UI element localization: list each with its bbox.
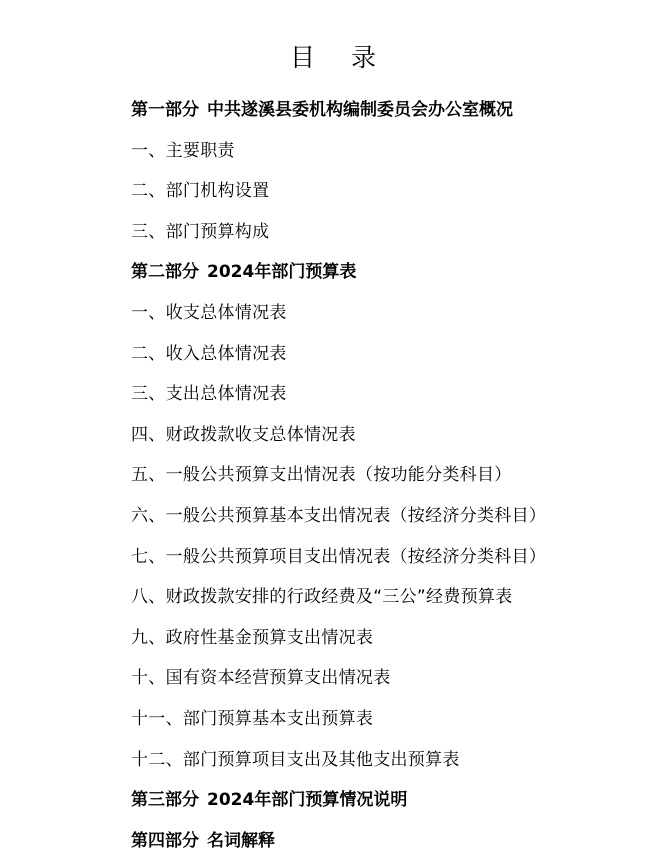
toc-item: 十、国有资本经营预算支出情况表 (131, 664, 546, 705)
part-title: 2024年部门预算表 (207, 262, 356, 282)
toc-item: 三、支出总体情况表 (131, 380, 546, 421)
toc-part-2: 第二部分2024年部门预算表 (131, 258, 546, 299)
toc-item: 十二、部门预算项目支出及其他支出预算表 (131, 746, 546, 787)
part-title: 名词解释 (207, 831, 275, 851)
toc-item: 七、一般公共预算项目支出情况表（按经济分类科目） (131, 543, 546, 584)
part-title: 中共遂溪县委机构编制委员会办公室概况 (207, 100, 513, 120)
toc-item: 六、一般公共预算基本支出情况表（按经济分类科目） (131, 502, 546, 543)
part-number: 第一部分 (131, 100, 199, 120)
toc-item: 三、部门预算构成 (131, 218, 546, 259)
toc-item: 一、收支总体情况表 (131, 299, 546, 340)
toc-item: 一、主要职责 (131, 137, 546, 178)
document-title: 目 录 (0, 42, 665, 74)
toc-item: 九、政府性基金预算支出情况表 (131, 624, 546, 665)
part-number: 第二部分 (131, 262, 199, 282)
toc-item: 十一、部门预算基本支出预算表 (131, 705, 546, 746)
toc-part-3: 第三部分2024年部门预算情况说明 (131, 786, 546, 827)
table-of-contents: 第一部分中共遂溪县委机构编制委员会办公室概况 一、主要职责 二、部门机构设置 三… (131, 96, 546, 860)
toc-item: 二、收入总体情况表 (131, 340, 546, 381)
part-number: 第三部分 (131, 790, 199, 810)
toc-part-4: 第四部分名词解释 (131, 827, 546, 860)
toc-item: 四、财政拨款收支总体情况表 (131, 421, 546, 462)
part-title: 2024年部门预算情况说明 (207, 790, 407, 810)
toc-item: 八、财政拨款安排的行政经费及“三公”经费预算表 (131, 583, 546, 624)
toc-part-1: 第一部分中共遂溪县委机构编制委员会办公室概况 (131, 96, 546, 137)
toc-item: 五、一般公共预算支出情况表（按功能分类科目） (131, 461, 546, 502)
toc-item: 二、部门机构设置 (131, 177, 546, 218)
part-number: 第四部分 (131, 831, 199, 851)
